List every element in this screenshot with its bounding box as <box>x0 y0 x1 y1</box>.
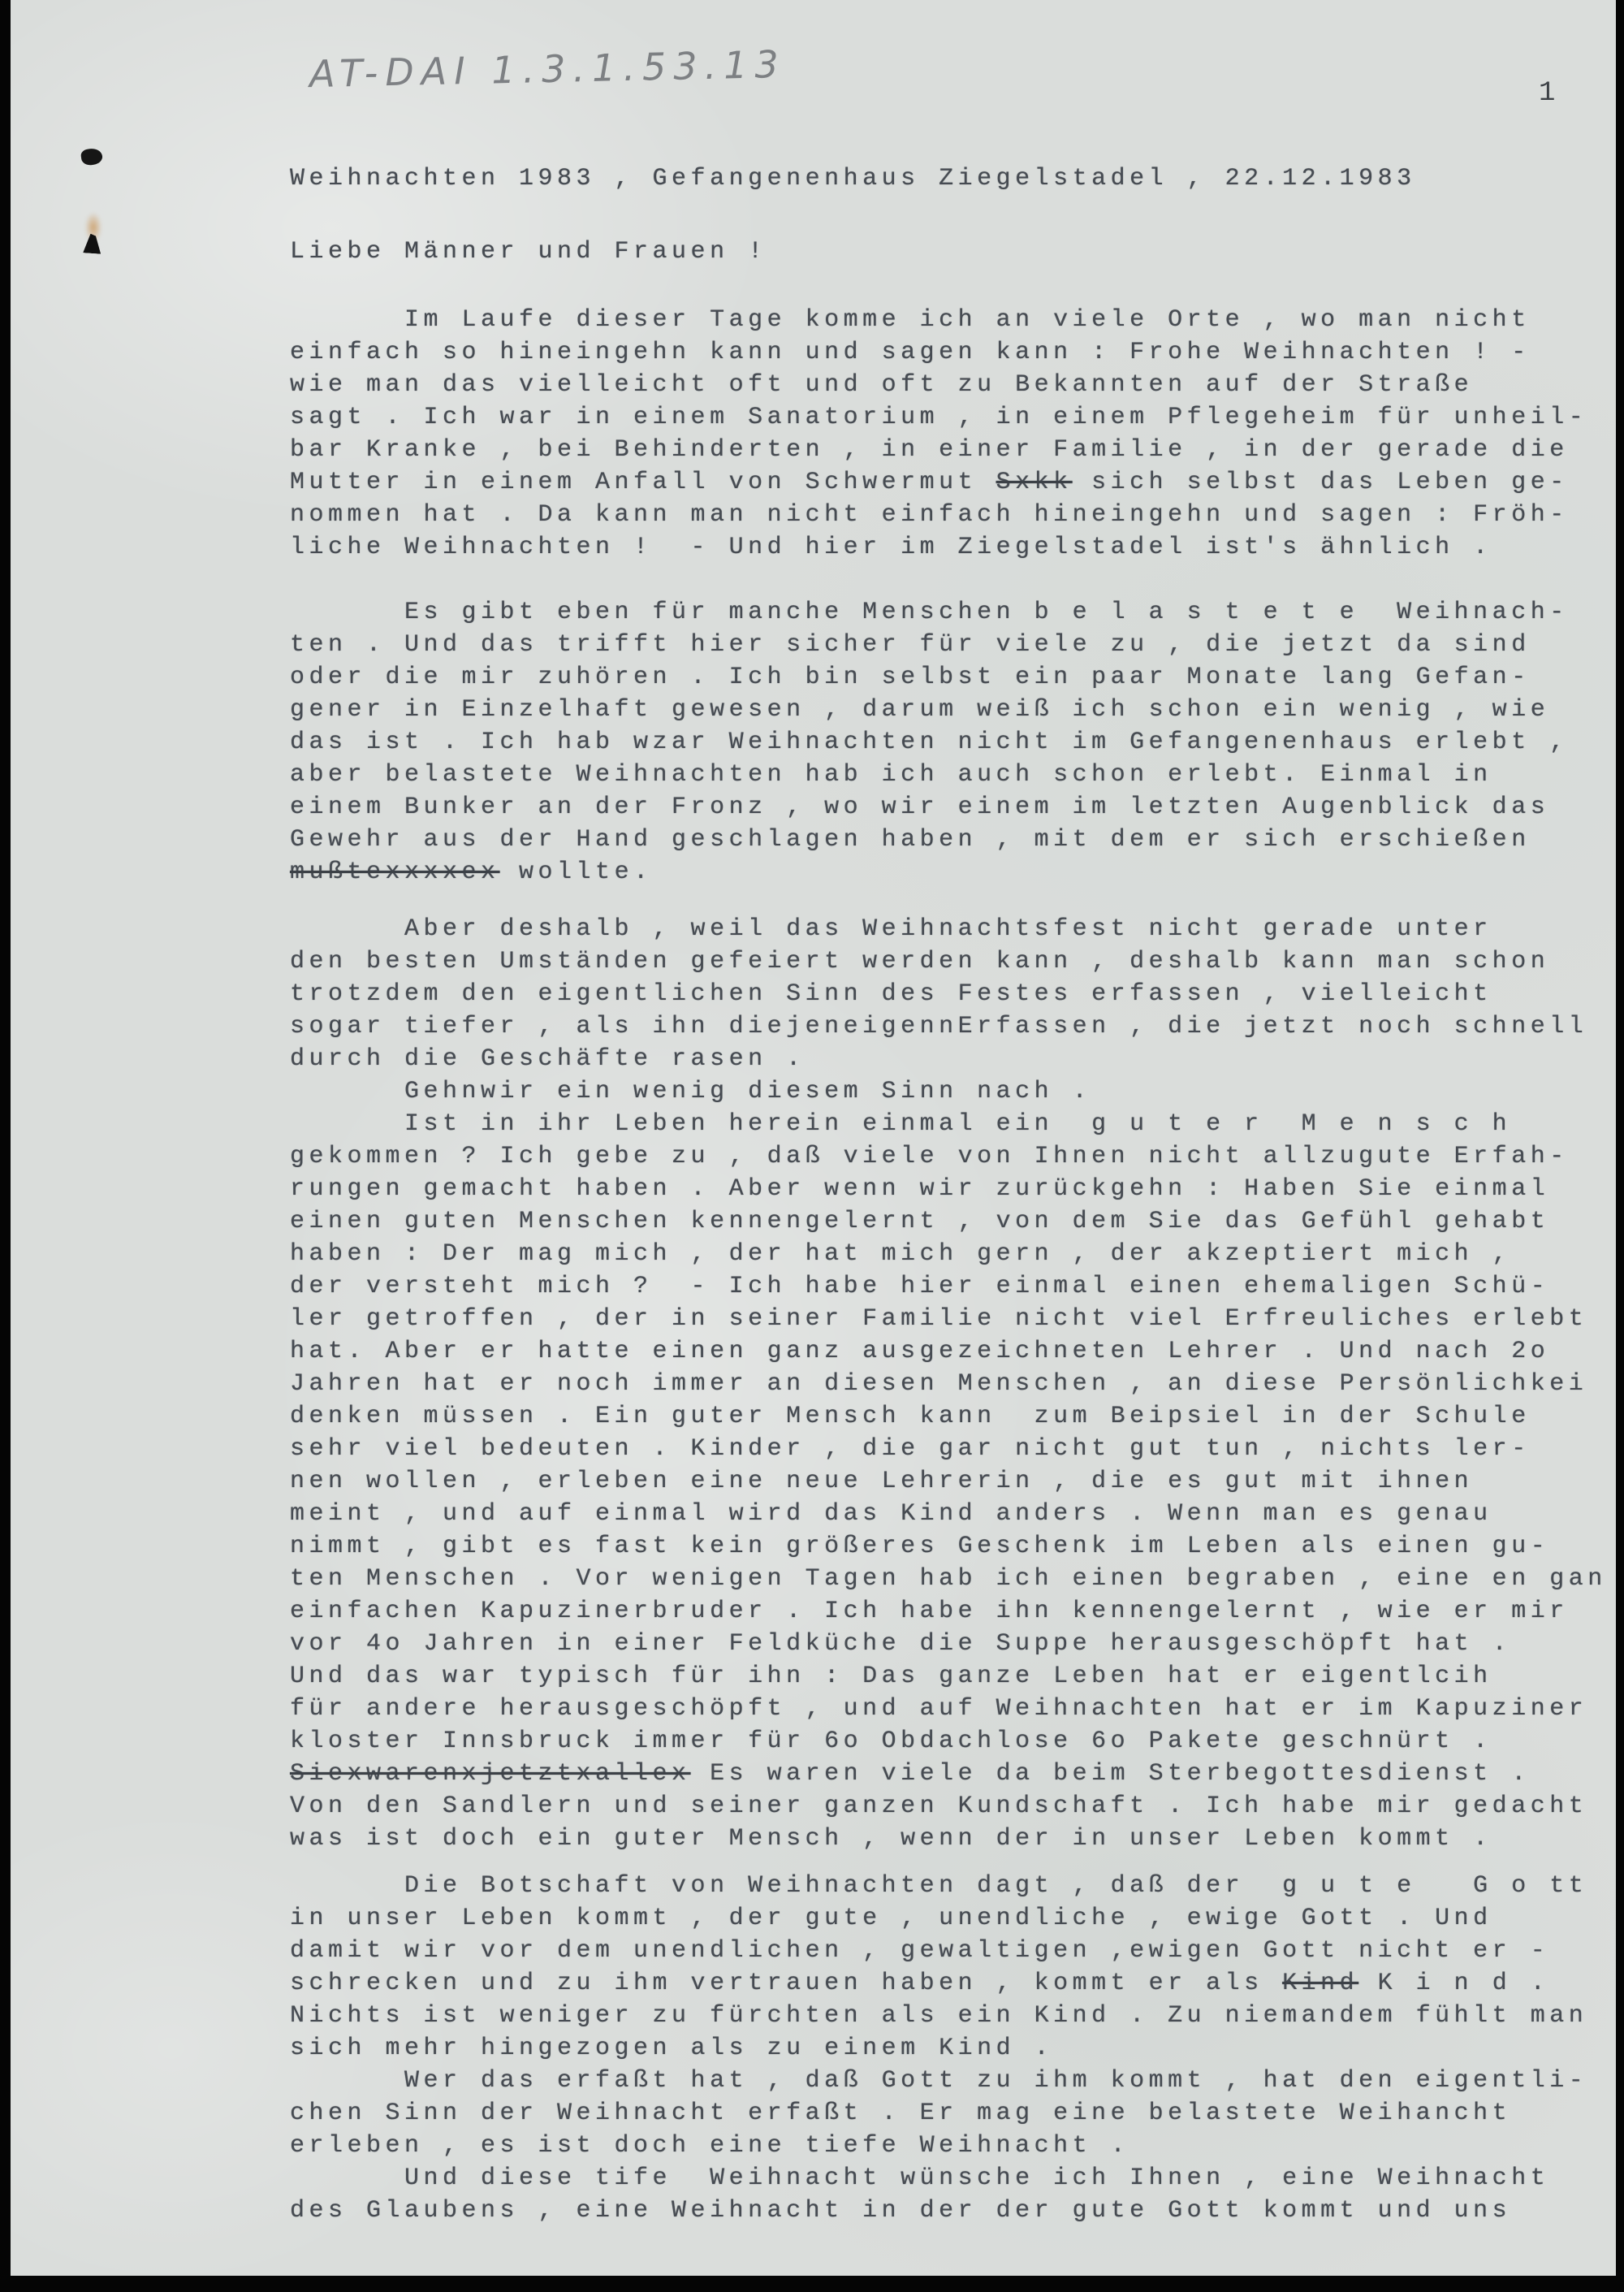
letter-line: einem Bunker an der Fronz , wo wir einem… <box>290 791 1622 824</box>
paragraph: Ist in ihr Leben herein einmal ein g u t… <box>290 1108 1622 1855</box>
letter-salutation: Liebe Männer und Frauen ! <box>290 236 1622 268</box>
typewritten-text-column: Weihnachten 1983 , Gefangenenhaus Ziegel… <box>290 162 1622 2227</box>
letter-line: was ist doch ein guter Mensch , wenn der… <box>290 1823 1622 1855</box>
letter-line: chen Sinn der Weihnacht erfaßt . Er mag … <box>290 2097 1622 2130</box>
letter-line: Im Laufe dieser Tage komme ich an viele … <box>290 304 1622 336</box>
letter-line: gekommen ? Ich gebe zu , daß viele von I… <box>290 1140 1622 1173</box>
letter-line: damit wir vor dem unendlichen , gewaltig… <box>290 1935 1622 1967</box>
letter-line: sich mehr hingezogen als zu einem Kind . <box>290 2032 1622 2065</box>
struck-out-text: mußtexxxxex <box>290 858 500 886</box>
letter-line: mußtexxxxex wollte. <box>290 856 1622 889</box>
struck-out-text: Sxkk <box>996 469 1073 496</box>
letter-line: hat. Aber er hatte einen ganz ausgezeich… <box>290 1335 1622 1368</box>
letter-line: Mutter in einem Anfall von Schwermut Sxk… <box>290 466 1622 499</box>
letter-line: nommen hat . Da kann man nicht einfach h… <box>290 499 1622 531</box>
letter-line: in unser Leben kommt , der gute , unendl… <box>290 1902 1622 1935</box>
struck-out-text: Kind <box>1282 1970 1358 1997</box>
letter-line: ten Menschen . Vor wenigen Tagen hab ich… <box>290 1563 1622 1595</box>
letter-line: nimmt , gibt es fast kein größeres Gesch… <box>290 1530 1622 1563</box>
letter-line: den besten Umständen gefeiert werden kan… <box>290 945 1622 978</box>
letter-line: gener in Einzelhaft gewesen , darum weiß… <box>290 694 1622 726</box>
letter-line: denken müssen . Ein guter Mensch kann zu… <box>290 1400 1622 1433</box>
letter-line: Und das war typisch für ihn : Das ganze … <box>290 1660 1622 1693</box>
letter-line: sehr viel bedeuten . Kinder , die gar ni… <box>290 1433 1622 1465</box>
letter-line: für andere herausgeschöpft , und auf Wei… <box>290 1693 1622 1725</box>
letter-line: rungen gemacht haben . Aber wenn wir zur… <box>290 1173 1622 1205</box>
rust-stain-icon <box>84 172 106 211</box>
letter-line: der versteht mich ? - Ich habe hier einm… <box>290 1270 1622 1303</box>
archive-annotation-handwritten: AT-DAI 1.3.1.53.13 <box>309 42 786 96</box>
letter-line: durch die Geschäfte rasen . <box>290 1043 1622 1075</box>
letter-line: nen wollen , erleben eine neue Lehrerin … <box>290 1465 1622 1498</box>
letter-title-line: Weihnachten 1983 , Gefangenenhaus Ziegel… <box>290 162 1622 195</box>
page-number: 1 <box>1539 78 1555 109</box>
letter-line: schrecken und zu ihm vertrauen haben , k… <box>290 1967 1622 2000</box>
letter-line: ten . Und das trifft hier sicher für vie… <box>290 629 1622 661</box>
paper-sheet: AT-DAI 1.3.1.53.13 1 Weihnachten 1983 , … <box>11 0 1616 2276</box>
letter-line: Die Botschaft von Weihnachten dagt , daß… <box>290 1870 1622 1902</box>
letter-line: Siexwarenxjetztxallex Es waren viele da … <box>290 1758 1622 1790</box>
letter-line: einfach so hineingehn kann und sagen kan… <box>290 336 1622 369</box>
letter-line: erleben , es ist doch eine tiefe Weihnac… <box>290 2130 1622 2162</box>
scanned-letter-page: { "annotation": "AT-DAI 1.3.1.53.13", "p… <box>0 0 1624 2292</box>
letter-line: Aber deshalb , weil das Weihnachtsfest n… <box>290 913 1622 945</box>
letter-line: Ist in ihr Leben herein einmal ein g u t… <box>290 1108 1622 1140</box>
paragraph: Aber deshalb , weil das Weihnachtsfest n… <box>290 913 1622 1108</box>
letter-line: einen guten Menschen kennengelernt , von… <box>290 1205 1622 1238</box>
letter-line: Gehnwir ein wenig diesem Sinn nach . <box>290 1075 1622 1108</box>
letter-line: das ist . Ich hab wzar Weihnachten nicht… <box>290 726 1622 759</box>
letter-line: Es gibt eben für manche Menschen b e l a… <box>290 596 1622 629</box>
letter-line: ler getroffen , der in seiner Familie ni… <box>290 1303 1622 1335</box>
letter-line: aber belastete Weihnachten hab ich auch … <box>290 759 1622 791</box>
letter-line: sogar tiefer , als ihn diejeneigennErfas… <box>290 1010 1622 1043</box>
letter-line: Und diese tife Weihnacht wünsche ich Ihn… <box>290 2162 1622 2195</box>
letter-line: kloster Innsbruck immer für 6o Obdachlos… <box>290 1725 1622 1758</box>
letter-body: Im Laufe dieser Tage komme ich an viele … <box>290 304 1622 2227</box>
letter-line: Gewehr aus der Hand geschlagen haben , m… <box>290 824 1622 856</box>
letter-line: bar Kranke , bei Behinderten , in einer … <box>290 434 1622 466</box>
letter-line: einfachen Kapuzinerbruder . Ich habe ihn… <box>290 1595 1622 1628</box>
letter-line: Wer das erfaßt hat , daß Gott zu ihm kom… <box>290 2065 1622 2097</box>
letter-line: Von den Sandlern und seiner ganzen Kunds… <box>290 1790 1622 1823</box>
letter-line: vor 4o Jahren in einer Feldküche die Sup… <box>290 1628 1622 1660</box>
letter-line: Jahren hat er noch immer an diesen Mensc… <box>290 1368 1622 1400</box>
letter-line: meint , und auf einmal wird das Kind and… <box>290 1498 1622 1530</box>
paragraph: Im Laufe dieser Tage komme ich an viele … <box>290 304 1622 564</box>
letter-line: des Glaubens , eine Weihnacht in der der… <box>290 2195 1622 2227</box>
letter-line: haben : Der mag mich , der hat mich gern… <box>290 1238 1622 1270</box>
letter-line: sagt . Ich war in einem Sanatorium , in … <box>290 401 1622 434</box>
letter-line: trotzdem den eigentlichen Sinn des Feste… <box>290 978 1622 1010</box>
letter-line: wie man das vielleicht oft und oft zu Be… <box>290 369 1622 401</box>
paragraph: Es gibt eben für manche Menschen b e l a… <box>290 596 1622 889</box>
letter-line: Nichts ist weniger zu fürchten als ein K… <box>290 2000 1622 2032</box>
paragraph: Die Botschaft von Weihnachten dagt , daß… <box>290 1870 1622 2227</box>
struck-out-text: Siexwarenxjetztxallex <box>290 1760 691 1788</box>
letter-line: liche Weihnachten ! - Und hier im Ziegel… <box>290 531 1622 564</box>
staple-mark-icon <box>80 147 104 166</box>
letter-line: oder die mir zuhören . Ich bin selbst ei… <box>290 661 1622 694</box>
